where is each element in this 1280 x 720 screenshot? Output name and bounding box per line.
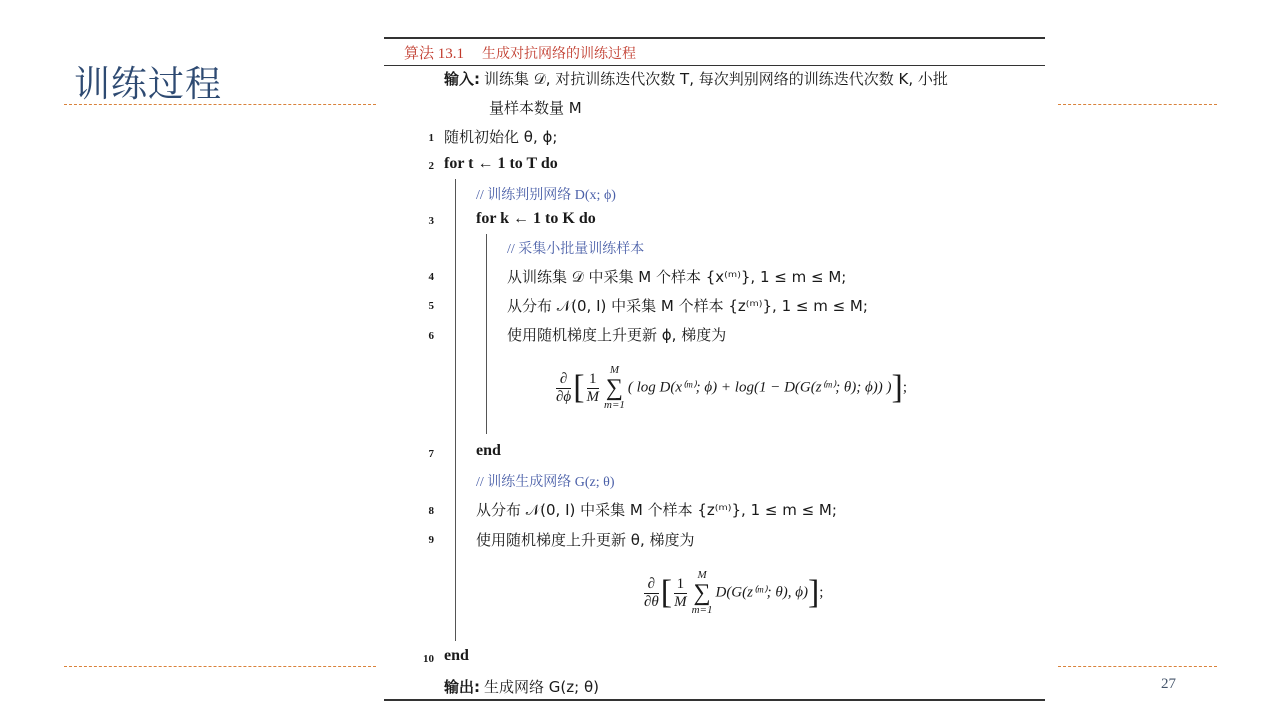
algo-line-7: end [476,442,501,460]
output-line: 输出: 生成网络 G(z; θ) [444,676,599,697]
algo-line-6: 使用随机梯度上升更新 ϕ, 梯度为 [507,324,726,345]
indent-bar-outer [455,179,456,641]
comment-train-discriminator: // 训练判别网络 D(x; ϕ) [476,184,616,204]
caption-rule [384,65,1045,66]
algo-line-8: 从分布 𝒩(0, I) 中采集 M 个样本 {z⁽ᵐ⁾}, 1 ≤ m ≤ M; [476,499,837,520]
line-number: 6 [414,330,434,342]
output-label: 输出: [444,678,480,696]
algo-line-3: for k ← 1 to K do [476,210,596,228]
comment-train-generator: // 训练生成网络 G(z; θ) [476,471,615,491]
gradient-equation-generator: ∂∂θ[1MM∑m=1D(G(z⁽ᵐ⁾; θ), ϕ)]; [642,570,823,616]
top-rule [384,37,1045,39]
algo-line-2: for t ← 1 to T do [444,155,558,173]
line-number: 4 [414,271,434,283]
fraction: 1M [674,576,687,610]
divider-top-left [64,104,376,105]
bottom-rule [384,699,1045,701]
partial-derivative: ∂∂ϕ [556,371,571,405]
comment-sample-minibatch: // 采集小批量训练样本 [507,238,644,258]
algo-line-4: 从训练集 𝒟 中采集 M 个样本 {x⁽ᵐ⁾}, 1 ≤ m ≤ M; [507,266,846,287]
input-text-1: 训练集 𝒟, 对抗训练迭代次数 T, 每次判别网络的训练迭代次数 K, 小批 [484,70,948,88]
fraction: 1M [587,371,600,405]
algorithm-caption: 算法 13.1生成对抗网络的训练过程 [404,42,636,63]
input-label: 输入: [444,70,480,88]
line-number: 8 [414,505,434,517]
algo-line-5: 从分布 𝒩(0, I) 中采集 M 个样本 {z⁽ᵐ⁾}, 1 ≤ m ≤ M; [507,295,868,316]
divider-bottom-right [1058,666,1217,667]
algorithm-name: 生成对抗网络的训练过程 [482,46,636,62]
line-number: 2 [414,160,434,172]
equation-body: ( log D(x⁽ᵐ⁾; ϕ) + log(1 − D(G(z⁽ᵐ⁾; θ);… [628,379,892,395]
line-number: 3 [414,215,434,227]
algorithm-label: 算法 13.1 [404,46,464,62]
summation: M∑m=1 [692,570,713,616]
line-number: 7 [414,448,434,460]
indent-bar-inner [486,234,487,434]
divider-top-right [1058,104,1217,105]
algo-line-10: end [444,647,469,665]
equation-body: D(G(z⁽ᵐ⁾; θ), ϕ) [715,584,807,600]
partial-derivative: ∂∂θ [644,576,659,610]
algo-line-9: 使用随机梯度上升更新 θ, 梯度为 [476,529,694,550]
line-number: 1 [414,132,434,144]
input-line-1: 输入: 训练集 𝒟, 对抗训练迭代次数 T, 每次判别网络的训练迭代次数 K, … [444,68,948,89]
line-number: 9 [414,534,434,546]
page-number: 27 [1161,676,1176,693]
algo-line-1: 随机初始化 θ, ϕ; [444,126,557,147]
output-text: 生成网络 G(z; θ) [484,678,599,696]
slide-title: 训练过程 [74,56,222,107]
gradient-equation-discriminator: ∂∂ϕ[1MM∑m=1( log D(x⁽ᵐ⁾; ϕ) + log(1 − D(… [554,365,907,411]
line-number: 10 [414,653,434,665]
algorithm-box: 算法 13.1生成对抗网络的训练过程 输入: 训练集 𝒟, 对抗训练迭代次数 T… [384,37,1045,702]
summation: M∑m=1 [604,365,625,411]
divider-bottom-left [64,666,376,667]
line-number: 5 [414,300,434,312]
input-line-2: 量样本数量 M [489,97,582,118]
